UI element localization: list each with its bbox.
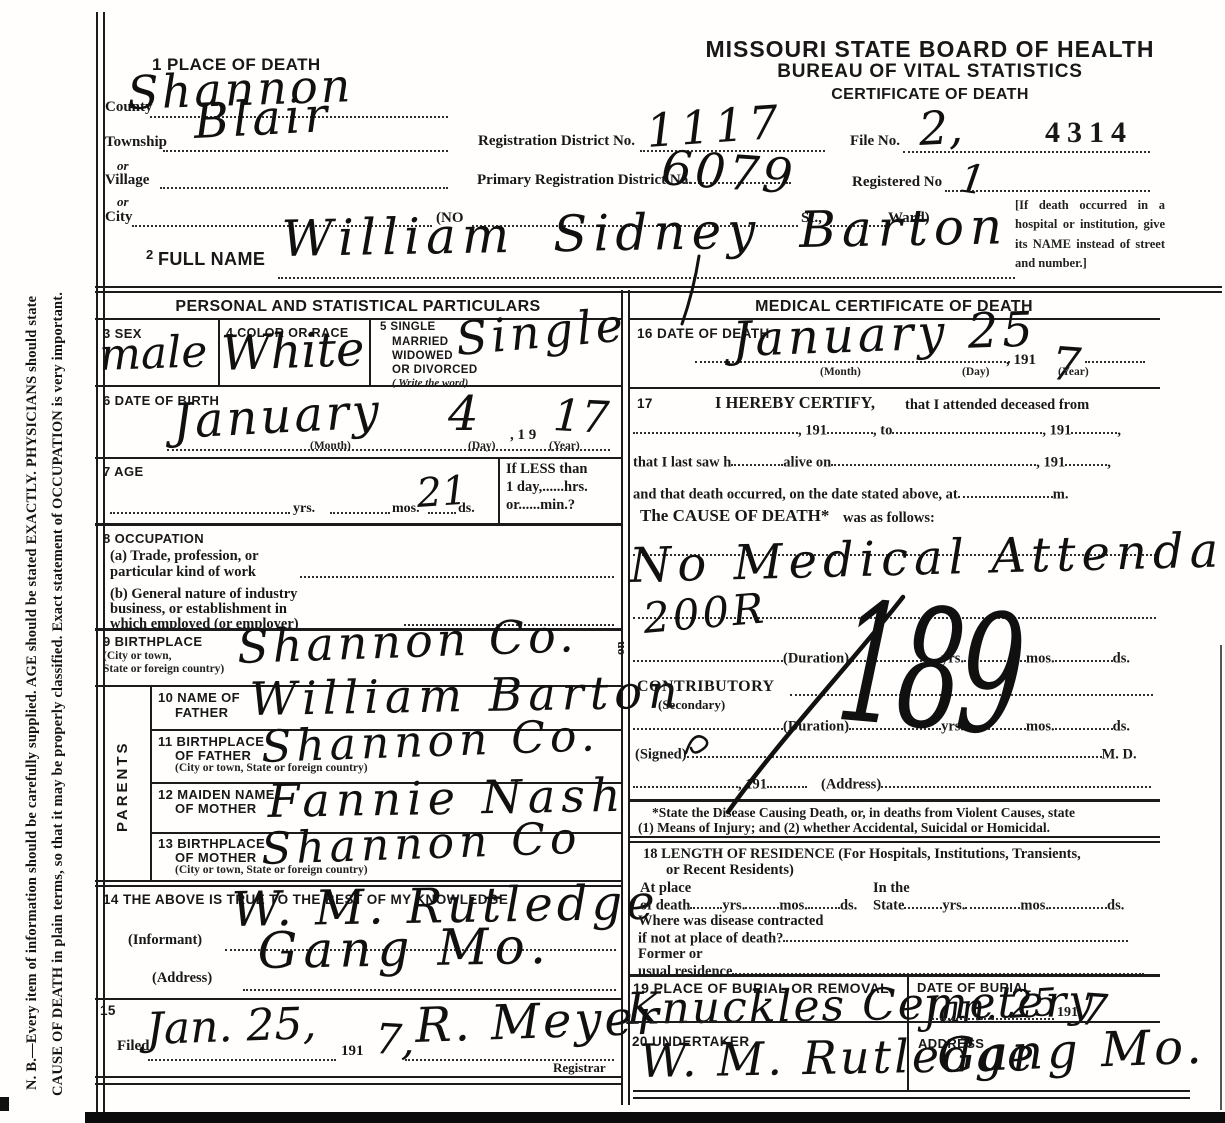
mother-birthplace-label-2: OF MOTHER [175,850,257,865]
fullname-dotline [278,277,1015,279]
certify-a-comma: , [1117,422,1121,438]
age-note-1: If LESS than [506,461,587,478]
dob-day-sub: (Day) [468,440,495,452]
occupation-a-dotline [300,576,614,578]
parents-label: PARENTS [114,740,131,832]
filed-year-value: 7, [374,1018,416,1062]
informant-label: (Informant) [128,932,202,949]
bureau-title: BUREAU OF VITAL STATISTICS [700,61,1160,83]
instate-mos: mos. [1020,897,1049,913]
dod-bottom-rule [628,387,1160,389]
footnote-bottom-rule-1 [628,836,1160,838]
md-address-label: (Address) [821,776,881,792]
mother-name-label-1: 12 MAIDEN NAME [158,787,275,802]
certify-line-b: that I last saw halive on, 191, [633,452,1111,471]
marital-label-2: MARRIED [392,336,448,348]
cause-label-bold: The CAUSE OF DEATH* [640,506,829,526]
registrar-signature: R. Meyer [414,993,662,1050]
cause-big-code: 189 [832,580,1026,760]
filed-date-value: Jan. 25, [145,1002,317,1052]
left-bottom-rule-1 [95,1076,621,1078]
registration-district-label: Registration District No. [478,133,635,150]
birthplace-label: 9 BIRTHPLACE [103,634,202,649]
age-note-3: or......min.? [506,497,575,514]
registered-no-label: Registered No [852,174,942,191]
undertaker-address-value: Gang Mo. [936,1023,1206,1080]
age-label: 7 AGE [103,464,144,479]
secondary-label: (Secondary) [658,697,725,713]
occurred-text: and that death occurred, on the date sta… [633,486,958,502]
certify-number: 17 [637,396,653,411]
father-birthplace-label-2: OF FATHER [175,748,251,763]
right-bottom-rule-1 [633,1090,1190,1092]
birthplace-value: Shannon Co. [236,612,578,670]
certify-line-c: and that death occurred, on the date sta… [633,484,1068,503]
certify-bold-text: I HEREBY CERTIFY, [715,393,875,413]
race-marital-divider [369,320,371,385]
certify-a-191-2: , 191 [1042,422,1071,438]
instate-ds: ds. [1107,897,1124,913]
dob-month-sub: (Month) [310,440,351,452]
age-dotline-2 [330,512,390,514]
footnote-top-rule [628,799,1160,802]
scan-edge-mark [0,1097,9,1111]
atplace-ds: ds. [840,897,857,913]
side-on-mark: on [612,641,628,655]
footnote-bottom-rule-2 [628,841,1160,843]
file-no-label: File No. [850,133,900,150]
occurred-m: m. [1053,486,1069,502]
bottom-scan-bar [85,1112,1225,1123]
father-name-label-2: FATHER [175,705,228,720]
race-value: White [220,325,365,378]
fullname-number: 2 [146,247,154,262]
atplace-yrs: yrs. [722,897,745,913]
address-191-line: , 191(Address) [633,774,1151,793]
file-no-value-a: 2, [918,104,964,152]
right-bottom-rule-2 [633,1097,1190,1099]
margin-note-line1: N. B.—Every item of information should b… [24,296,41,1090]
instate-line: Stateyrs.mos.ds. [873,895,1124,914]
marital-label-1: 5 SINGLE [380,321,436,333]
mother-name-label-2: OF MOTHER [175,801,257,816]
residence-label-1: 18 LENGTH OF RESIDENCE (For Hospitals, I… [643,846,1081,863]
death-certificate-scan: N. B.—Every item of information should b… [0,0,1225,1123]
lastsaw-comma: , [1107,454,1111,470]
birthplace-sub2: State or foreign country) [103,663,224,675]
residence-label-2: or Recent Residents) [666,862,794,879]
dob-day-value: 4 [448,390,479,438]
lastsaw-text-1: that I last saw h [633,454,731,470]
age-note-2: 1 day,......hrs. [506,479,588,496]
burial-date-dotline [932,1018,1054,1020]
atplace-mos: mos. [779,897,808,913]
informant-address-label: (Address) [152,970,212,987]
age-mos-label: mos. [392,501,420,517]
dob-year-printed: , 1 9 [510,427,536,444]
or-label-2: or [117,194,129,210]
mother-birthplace-value: Shannon Co [260,817,582,872]
dob-year-hw: 17 [552,394,610,441]
dod-day-sub: (Day) [962,366,989,378]
township-value: Blair [192,91,332,146]
duration1-ds: ds. [1113,650,1130,666]
filed-191-printed: 191 [341,1043,364,1060]
fullname-value: William Sidney Barton [281,201,1008,264]
margin-note-line2: CAUSE OF DEATH in plain terms, so that i… [50,292,67,1096]
violent-note-2: (1) Means of Injury; and (2) whether Acc… [638,820,1050,836]
age-ds-label: ds. [458,501,475,517]
instate-yrs: yrs. [942,897,965,913]
township-label: Township [105,134,167,151]
hospital-note: [If death occurred in a hospital or inst… [1015,196,1165,274]
dod-month-sub: (Month) [820,366,861,378]
md-label: M. D. [1102,746,1137,762]
lastsaw-text-2: alive on [783,454,831,470]
filed-dotline-1 [148,1059,336,1061]
header-bottom-rule-1 [95,286,1222,288]
duration2-ds: ds. [1113,718,1130,734]
mother-birthplace-label-1: 13 BIRTHPLACE [158,836,265,851]
marital-value: Single [454,301,629,362]
contracted-label-2: if not at place of death? [638,930,783,946]
dod-year-sub: (Year) [1058,366,1089,378]
dob-bottom-rule [95,457,621,459]
burial-191-printed: 191 [1057,1005,1078,1021]
violent-note-1: *State the Disease Causing Death, or, in… [652,805,1075,821]
dod-trailing-dotline [1085,361,1145,363]
age-dotline-3 [428,512,456,514]
registrar-label: Registrar [553,1060,606,1076]
birthplace-sub1: (City or town, [103,650,171,662]
duration1-mos: mos. [1026,650,1055,666]
lastsaw-191: , 191 [1036,454,1065,470]
village-dotline [160,187,448,189]
dob-month-value: January [171,387,383,446]
city-label: City [105,209,133,226]
marital-label-3: WIDOWED [392,350,453,362]
dob-year-sub: (Year) [549,440,580,452]
father-birthplace-label-1: 11 BIRTHPLACE [158,734,264,749]
cause-label-rest: was as follows: [843,510,935,527]
village-label: Village [105,172,149,189]
township-dotline [163,150,448,152]
age-dotline-1 [110,512,290,514]
registered-no-value: 1 [957,158,988,201]
occupation-label: 8 OCCUPATION [103,531,204,546]
informant-address-dotline [243,989,616,991]
header-bottom-rule-2 [95,291,1222,293]
primary-registration-value: 6079 [660,144,797,201]
age-box-divider [498,457,500,523]
occupation-a2: particular kind of work [110,564,256,581]
certify-a-to: , to [873,422,892,438]
board-title: MISSOURI STATE BOARD OF HEALTH [700,36,1160,63]
father-name-label-1: 10 NAME OF [158,690,240,705]
certify-rest-text: that I attended deceased from [905,397,1089,414]
contracted-line: if not at place of death? [638,928,1128,947]
dob-dotline [167,449,610,451]
filed-number: 15 [100,1003,116,1018]
form-left-border-outer [96,12,98,1115]
occupation-a1: (a) Trade, profession, or [110,548,259,565]
certify-a-191-1: , 191 [798,422,827,438]
filed-label: Filed [117,1038,150,1055]
date-of-death-value: January 25 [731,305,1037,364]
duration2-mos: mos. [1026,718,1055,734]
left-bottom-rule-2 [95,1083,621,1085]
marital-label-4: OR DIVORCED [392,364,478,376]
father-birthplace-value: Shannon Co. [260,714,600,770]
dod-191-printed: , 191 [1006,352,1036,369]
atplace-line: of deathyrs.mos.ds. [640,895,857,914]
certify-line-a: , 191, to, 191, [633,420,1121,439]
fullname-label: FULL NAME [158,249,265,270]
sex-value: male [98,330,208,378]
address-191: , 191 [738,776,767,792]
contributory-label: CONTRIBUTORY [637,678,775,696]
file-no-value-b: 4314 [1045,116,1133,150]
age-bottom-rule [95,523,621,526]
dod-year-hw: 7 [1050,340,1082,388]
form-right-border [1220,645,1222,1110]
informant-address-value: Gang Mo. [257,921,552,976]
signed-label: (Signed) [635,746,687,762]
cause-code-value: 200R [641,587,768,640]
age-yrs-label: yrs. [293,501,315,517]
inthe-label-2: State [873,897,904,913]
atplace-label-2: of death [640,897,690,913]
